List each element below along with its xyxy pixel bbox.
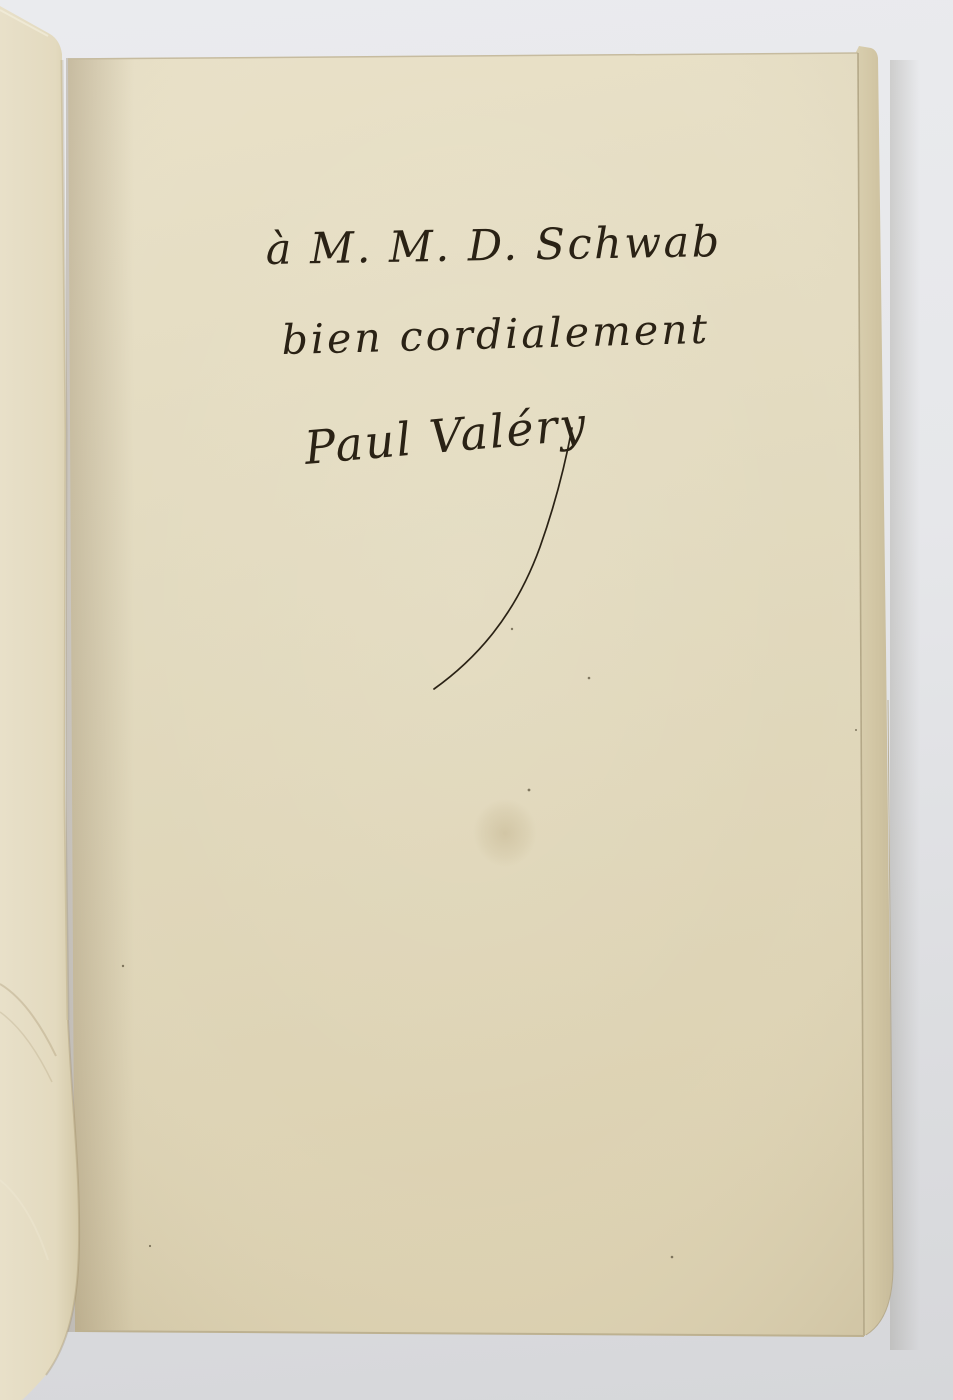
book-cast-shadow	[890, 60, 920, 1350]
paper-stain	[473, 799, 537, 867]
book-photo-canvas: à M. M. D. Schwab bien cordialement Paul…	[0, 0, 953, 1400]
book-inscription-photograph: à M. M. D. Schwab bien cordialement Paul…	[0, 0, 953, 1400]
inscription-line-1: à M. M. D. Schwab	[265, 217, 722, 275]
